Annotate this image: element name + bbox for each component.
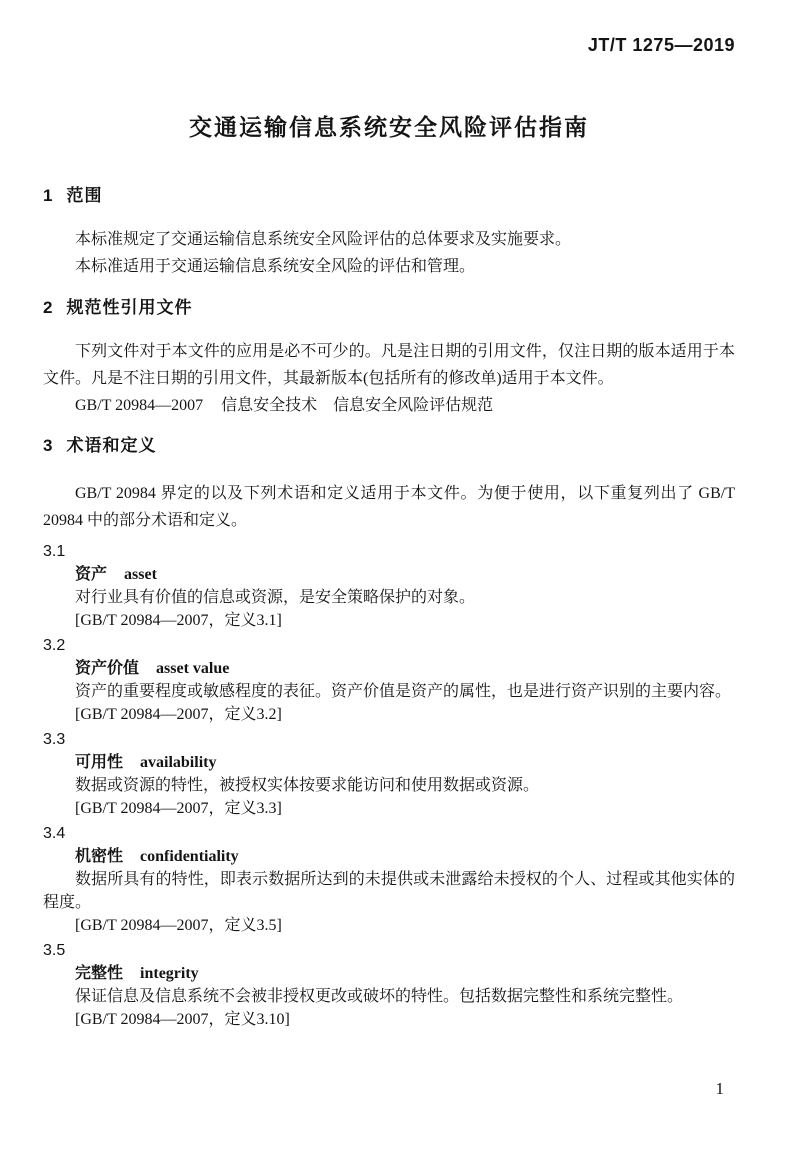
- term-english: availability: [140, 754, 216, 771]
- referenced-standard-field: 信息安全技术: [221, 397, 317, 414]
- term-entry: 3.5 完整性integrity 保证信息及信息系统不会被非授权更改或破坏的特性…: [43, 939, 735, 1031]
- referenced-standard-code: GB/T 20984—2007: [75, 397, 203, 414]
- section-scope: 1 范围 本标准规定了交通运输信息系统安全风险评估的总体要求及实施要求。 本标准…: [43, 186, 735, 280]
- term-english: confidentiality: [140, 848, 239, 865]
- term-number: 3.2: [43, 634, 735, 657]
- term-definition: 保证信息及信息系统不会被非授权更改或破坏的特性。包括数据完整性和系统完整性。: [43, 985, 735, 1008]
- term-source: [GB/T 20984—2007，定义3.10]: [43, 1008, 735, 1031]
- term-heading: 资产asset: [43, 563, 735, 586]
- section-normative-references: 2 规范性引用文件 下列文件对于本文件的应用是必不可少的。凡是注日期的引用文件，…: [43, 298, 735, 419]
- section-number: 3: [43, 436, 52, 456]
- term-entry: 3.2 资产价值asset value 资产的重要程度或敏感程度的表征。资产价值…: [43, 634, 735, 726]
- term-source: [GB/T 20984—2007，定义3.2]: [43, 703, 735, 726]
- term-source: [GB/T 20984—2007，定义3.5]: [43, 914, 735, 937]
- term-number: 3.1: [43, 540, 735, 563]
- term-entry: 3.4 机密性confidentiality 数据所具有的特性，即表示数据所达到…: [43, 822, 735, 937]
- paragraph: GB/T 20984 界定的以及下列术语和定义适用于本文件。为便于使用，以下重复…: [43, 480, 735, 534]
- section-heading: 1 范围: [43, 186, 735, 206]
- section-body: 本标准规定了交通运输信息系统安全风险评估的总体要求及实施要求。 本标准适用于交通…: [43, 226, 735, 280]
- term-heading: 机密性confidentiality: [43, 845, 735, 868]
- referenced-standard: GB/T 20984—2007信息安全技术信息安全风险评估规范: [43, 392, 735, 419]
- section-title: 术语和定义: [66, 436, 156, 456]
- document-page: JT/T 1275—2019 交通运输信息系统安全风险评估指南 1 范围 本标准…: [0, 0, 790, 1158]
- term-entry: 3.1 资产asset 对行业具有价值的信息或资源，是安全策略保护的对象。 [G…: [43, 540, 735, 632]
- section-heading: 2 规范性引用文件: [43, 298, 735, 318]
- standard-code: JT/T 1275—2019: [43, 36, 735, 54]
- term-chinese: 可用性: [75, 754, 123, 771]
- paragraph: 本标准适用于交通运输信息系统安全风险的评估和管理。: [43, 253, 735, 280]
- section-terms-definitions: 3 术语和定义 GB/T 20984 界定的以及下列术语和定义适用于本文件。为便…: [43, 436, 735, 1031]
- term-number: 3.4: [43, 822, 735, 845]
- term-definition: 对行业具有价值的信息或资源，是安全策略保护的对象。: [43, 586, 735, 609]
- term-english: asset: [124, 566, 157, 583]
- term-source: [GB/T 20984—2007，定义3.3]: [43, 797, 735, 820]
- section-number: 2: [43, 298, 52, 318]
- referenced-standard-name: 信息安全风险评估规范: [333, 397, 493, 414]
- term-heading: 资产价值asset value: [43, 657, 735, 680]
- term-heading: 完整性integrity: [43, 962, 735, 985]
- section-title: 范围: [66, 186, 102, 206]
- paragraph: 下列文件对于本文件的应用是必不可少的。凡是注日期的引用文件，仅注日期的版本适用于…: [43, 338, 735, 392]
- term-number: 3.5: [43, 939, 735, 962]
- section-body: GB/T 20984 界定的以及下列术语和定义适用于本文件。为便于使用，以下重复…: [43, 480, 735, 534]
- term-number: 3.3: [43, 728, 735, 751]
- section-number: 1: [43, 186, 52, 206]
- section-title: 规范性引用文件: [66, 298, 192, 318]
- term-chinese: 完整性: [75, 965, 123, 982]
- section-heading: 3 术语和定义: [43, 436, 735, 456]
- term-entry: 3.3 可用性availability 数据或资源的特性，被授权实体按要求能访问…: [43, 728, 735, 820]
- term-definition: 资产的重要程度或敏感程度的表征。资产价值是资产的属性，也是进行资产识别的主要内容…: [43, 680, 735, 703]
- terms-list: 3.1 资产asset 对行业具有价值的信息或资源，是安全策略保护的对象。 [G…: [43, 540, 735, 1031]
- term-heading: 可用性availability: [43, 751, 735, 774]
- term-english: integrity: [140, 965, 199, 982]
- paragraph: 本标准规定了交通运输信息系统安全风险评估的总体要求及实施要求。: [43, 226, 735, 253]
- term-chinese: 资产价值: [75, 660, 139, 677]
- term-source: [GB/T 20984—2007，定义3.1]: [43, 609, 735, 632]
- term-definition: 数据或资源的特性，被授权实体按要求能访问和使用数据或资源。: [43, 774, 735, 797]
- term-definition: 数据所具有的特性，即表示数据所达到的未提供或未泄露给未授权的个人、过程或其他实体…: [43, 868, 735, 914]
- section-body: 下列文件对于本文件的应用是必不可少的。凡是注日期的引用文件，仅注日期的版本适用于…: [43, 338, 735, 419]
- term-chinese: 机密性: [75, 848, 123, 865]
- page-number: 1: [716, 1080, 725, 1097]
- term-english: asset value: [156, 660, 229, 677]
- document-title: 交通运输信息系统安全风险评估指南: [43, 112, 735, 142]
- term-chinese: 资产: [75, 566, 107, 583]
